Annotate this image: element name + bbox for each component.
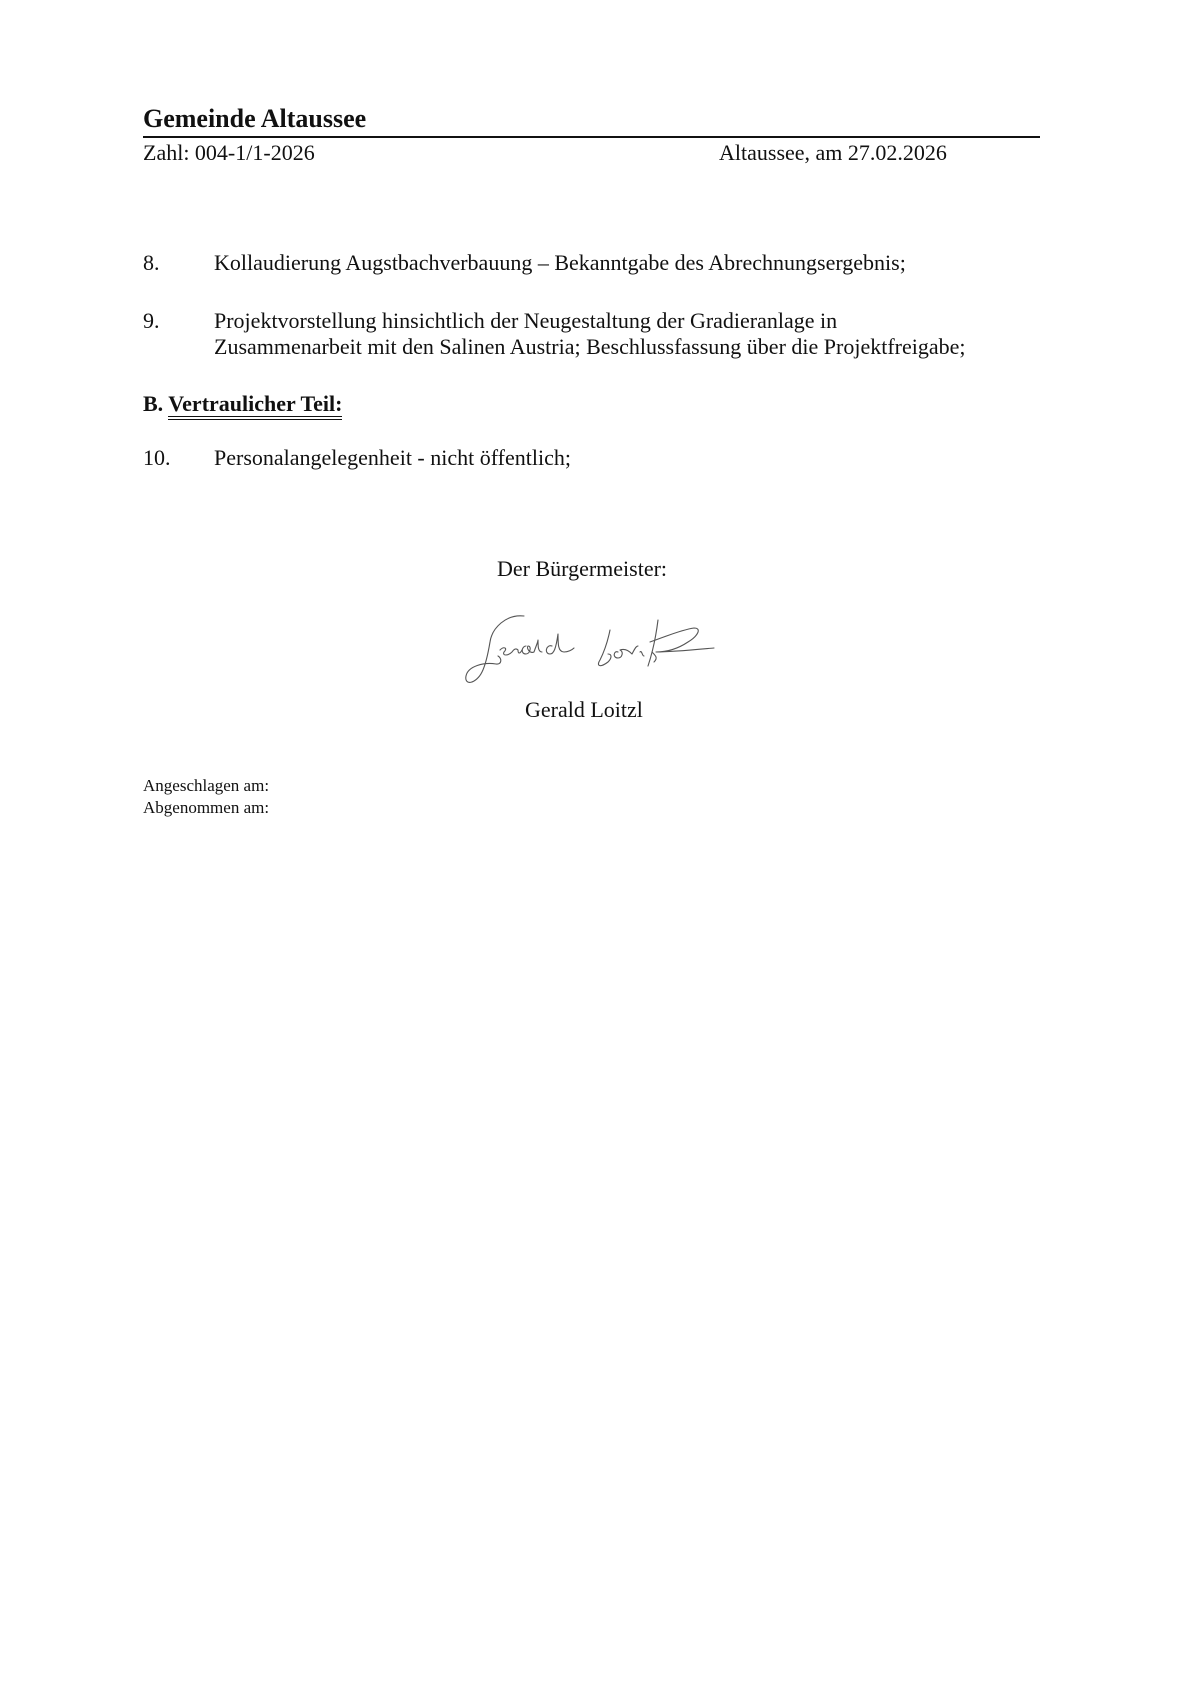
header-rule: [143, 136, 1040, 138]
handwritten-signature-icon: [462, 612, 722, 692]
posting-record: Angeschlagen am: Abgenommen am:: [143, 775, 269, 819]
place-date: Altaussee, am 27.02.2026: [719, 140, 947, 166]
agenda-item-text: Personalangelegenheit - nicht öffentlich…: [214, 445, 571, 471]
section-prefix: B.: [143, 391, 163, 416]
posted-label: Angeschlagen am:: [143, 775, 269, 797]
organization-title: Gemeinde Altaussee: [143, 104, 366, 134]
removed-label: Abgenommen am:: [143, 797, 269, 819]
agenda-item-number: 8.: [143, 250, 160, 276]
section-title: Vertraulicher Teil:: [168, 391, 342, 420]
agenda-item-text: Kollaudierung Augstbachverbauung – Bekan…: [214, 250, 906, 276]
section-heading-confidential: B. Vertraulicher Teil:: [143, 390, 342, 418]
reference-number: Zahl: 004-1/1-2026: [143, 140, 315, 166]
agenda-item-number: 10.: [143, 445, 171, 471]
signatory-role: Der Bürgermeister:: [497, 556, 667, 582]
signatory-name: Gerald Loitzl: [525, 697, 643, 723]
agenda-item-number: 9.: [143, 308, 160, 334]
agenda-item-text: Projektvorstellung hinsichtlich der Neug…: [214, 308, 837, 334]
agenda-item-text-continued: Zusammenarbeit mit den Salinen Austria; …: [214, 334, 966, 360]
